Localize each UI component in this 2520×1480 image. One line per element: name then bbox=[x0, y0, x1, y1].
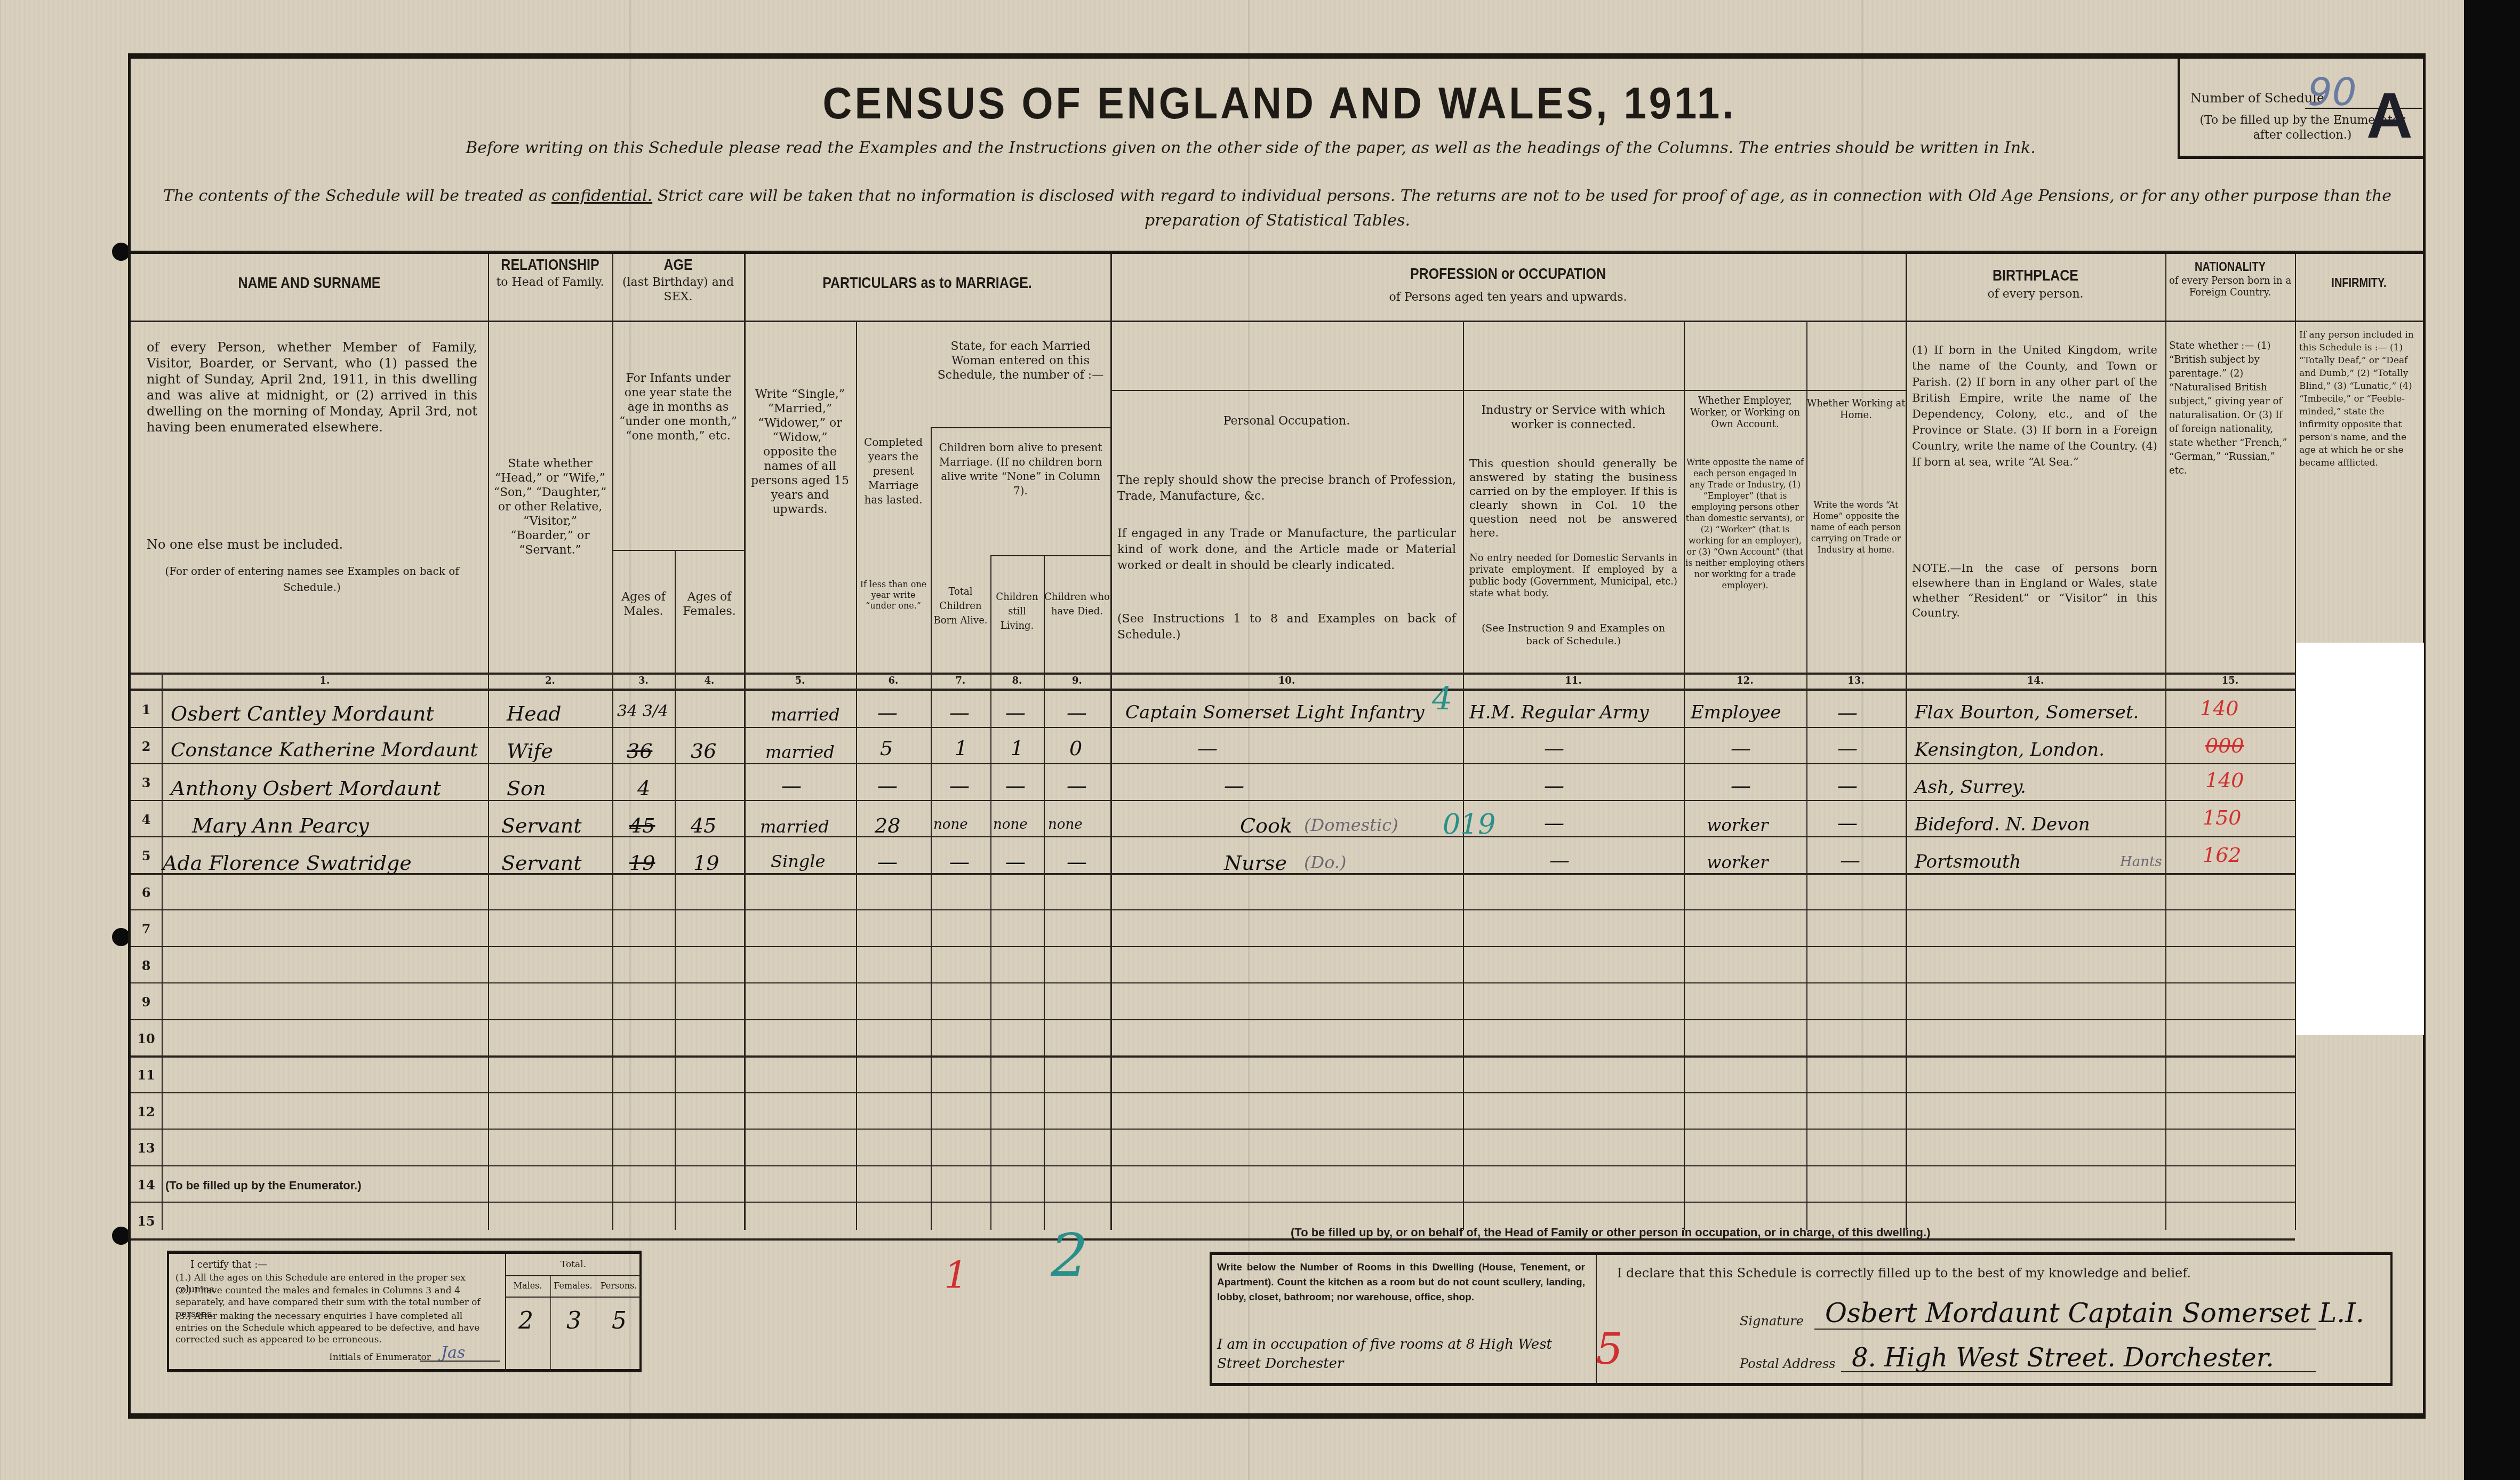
row-number: 9 bbox=[132, 994, 161, 1010]
annotation-green-col10: 4 bbox=[1432, 681, 1452, 718]
punch-hole bbox=[112, 1227, 130, 1245]
header-age: AGE bbox=[612, 257, 744, 274]
header-relationship-body: State whether “Head,” or “Wife,” “Son,” … bbox=[493, 457, 607, 557]
header-marriage-completed: Completed years the present Marriage has… bbox=[859, 435, 928, 507]
signature: Osbert Mordaunt Captain Somerset L.I. bbox=[1825, 1298, 2364, 1329]
cell-marriage: Single bbox=[771, 851, 825, 871]
annotation-red-mark: 1 bbox=[944, 1253, 968, 1297]
census-schedule-paper: CENSUS OF ENGLAND AND WALES, 1911. Befor… bbox=[0, 0, 2464, 1480]
cell-name: Mary Ann Pearcy bbox=[192, 814, 369, 837]
row-number: 8 bbox=[132, 958, 161, 973]
cell-marriage: married bbox=[771, 705, 840, 725]
row-number: 14 bbox=[132, 1177, 161, 1193]
row-number: 5 bbox=[132, 848, 161, 863]
cell-birthplace: Portsmouth bbox=[1915, 851, 2021, 873]
header-occupation: PROFESSION or OCCUPATION bbox=[1110, 266, 1906, 283]
header-still-living: Children still Living. bbox=[990, 590, 1044, 633]
cell-industry: H.M. Regular Army bbox=[1469, 702, 1649, 723]
row-number: 4 bbox=[132, 812, 161, 827]
row-number: 1 bbox=[132, 702, 161, 717]
header-age-males: Ages of Males. bbox=[612, 590, 675, 619]
total-males: 2 bbox=[518, 1307, 533, 1334]
household-table: NAME AND SURNAME of every Person, whethe… bbox=[131, 251, 2423, 1235]
header-died: Children who have Died. bbox=[1044, 590, 1110, 619]
redacted-infirmity-column bbox=[2296, 643, 2424, 1035]
header-relationship: RELATIONSHIP bbox=[488, 257, 612, 274]
header-at-home: Whether Working at Home. bbox=[1806, 398, 1906, 421]
cell-birthplace: Kensington, London. bbox=[1915, 739, 2105, 761]
intro-instructions: Before writing on this Schedule please r… bbox=[291, 139, 2211, 157]
declaration-text: I declare that this Schedule is correctl… bbox=[1617, 1266, 2191, 1281]
cell-name: Constance Katherine Mordaunt bbox=[171, 739, 478, 761]
punch-hole bbox=[112, 243, 130, 261]
header-marriage: PARTICULARS as to MARRIAGE. bbox=[744, 275, 1110, 292]
cell-relationship: Head bbox=[507, 702, 562, 725]
rooms-instruction: Write below the Number of Rooms in this … bbox=[1217, 1260, 1585, 1305]
cell-nationality-code: 000 bbox=[2205, 734, 2244, 757]
annotation-green-mark: 2 bbox=[1051, 1221, 1088, 1290]
row-number: 7 bbox=[132, 921, 161, 937]
header-age-body: For Infants under one year state the age… bbox=[618, 371, 739, 443]
header-name-note: No one else must be included. bbox=[147, 537, 477, 553]
form-frame: CENSUS OF ENGLAND AND WALES, 1911. Befor… bbox=[128, 53, 2426, 1419]
cell-age-female: 36 bbox=[691, 739, 716, 763]
cell-age-female: 45 bbox=[691, 814, 716, 837]
header-nationality-body: State whether :— (1) “British subject by… bbox=[2169, 339, 2292, 478]
cell-birthplace: Bideford. N. Devon bbox=[1915, 814, 2090, 835]
cell-nationality-code: 140 bbox=[2200, 697, 2239, 720]
row-number: 12 bbox=[132, 1104, 161, 1119]
cell-age-male: 36 bbox=[627, 739, 652, 763]
cell-employer: worker bbox=[1707, 852, 1769, 873]
schedule-number-box: Number of Schedule 90 (To be filled up b… bbox=[2178, 59, 2423, 159]
header-birthplace-body: (1) If born in the United Kingdom, write… bbox=[1912, 342, 2157, 470]
cell-marriage: married bbox=[760, 817, 829, 837]
header-name-body: of every Person, whether Member of Famil… bbox=[147, 339, 477, 435]
header-infirmity: INFIRMITY. bbox=[2295, 275, 2423, 292]
header-name: NAME AND SURNAME bbox=[131, 275, 488, 292]
cell-age-female: 19 bbox=[693, 851, 719, 875]
header-employer: Whether Employer, Worker, or Working on … bbox=[1684, 395, 1806, 430]
total-persons: 5 bbox=[612, 1307, 627, 1334]
enumerator-caption: (To be filled up by the Enumerator.) bbox=[165, 1179, 362, 1193]
header-birthplace: BIRTHPLACE bbox=[1906, 268, 2165, 284]
row-number: 2 bbox=[132, 739, 161, 754]
schedule-number-label: Number of Schedule bbox=[2190, 91, 2324, 106]
cell-name: Ada Florence Swatridge bbox=[163, 851, 412, 875]
head-of-family-caption: (To be filled up by, or on behalf of, th… bbox=[1291, 1226, 1930, 1239]
cell-age-male: 4 bbox=[637, 777, 650, 800]
cell-occupation: Captain Somerset Light Infantry bbox=[1125, 702, 1425, 723]
cell-relationship: Servant bbox=[501, 851, 582, 875]
rooms-answer: I am in occupation of five rooms at 8 Hi… bbox=[1217, 1335, 1585, 1373]
cell-relationship: Servant bbox=[501, 814, 582, 837]
cell-birthplace: Flax Bourton, Somerset. bbox=[1915, 702, 2139, 723]
header-total-born: Total Children Born Alive. bbox=[931, 585, 990, 628]
confidentiality-notice: The contents of the Schedule will be tre… bbox=[152, 184, 2403, 233]
punch-hole bbox=[112, 928, 130, 946]
header-industry: Industry or Service with which worker is… bbox=[1463, 403, 1684, 432]
cell-name: Anthony Osbert Mordaunt bbox=[171, 777, 441, 800]
row-number: 13 bbox=[132, 1140, 161, 1156]
cell-birthplace: Ash, Surrey. bbox=[1915, 777, 2026, 798]
cell-occupation: Cook bbox=[1240, 814, 1292, 837]
header-marriage-write: Write “Single,” “Married,” “Widower,” or… bbox=[749, 387, 851, 517]
header-age-females: Ages of Females. bbox=[675, 590, 744, 619]
annotation-red-rooms: 5 bbox=[1596, 1324, 1623, 1374]
cell-employer: Employee bbox=[1691, 702, 1781, 723]
cell-age-male: 19 bbox=[629, 851, 655, 875]
enumerator-certificate: I certify that :— (1.) All the ages on t… bbox=[167, 1251, 642, 1372]
cell-name: Osbert Cantley Mordaunt bbox=[171, 702, 434, 725]
cell-marriage: married bbox=[765, 742, 835, 762]
total-females: 3 bbox=[566, 1307, 581, 1334]
enumerator-initials: Jas bbox=[441, 1343, 465, 1362]
row-number: 15 bbox=[132, 1213, 161, 1229]
schedule-number: 90 bbox=[2308, 69, 2357, 114]
stamp-letter: A bbox=[2366, 79, 2413, 153]
header-nationality: NATIONALITY bbox=[2165, 259, 2295, 276]
declaration-box: Write below the Number of Rooms in this … bbox=[1210, 1252, 2393, 1386]
header-infirmity-body: If any person included in this Schedule … bbox=[2299, 329, 2419, 469]
cell-age-male: 45 bbox=[629, 814, 655, 837]
cell-occupation: Nurse bbox=[1224, 851, 1287, 875]
annotation-green-row4: 019 bbox=[1443, 809, 1495, 841]
header-personal-occupation: Personal Occupation. bbox=[1110, 414, 1463, 428]
header-name-order: (For order of entering names see Example… bbox=[141, 563, 483, 595]
row-number: 3 bbox=[132, 775, 161, 790]
row-number: 6 bbox=[132, 885, 161, 900]
cell-nationality-code: 150 bbox=[2203, 806, 2242, 829]
cell-employer: worker bbox=[1707, 815, 1769, 835]
cell-nationality-code: 140 bbox=[2205, 769, 2244, 792]
cell-relationship: Son bbox=[507, 777, 546, 800]
cell-relationship: Wife bbox=[507, 739, 553, 763]
row-number: 11 bbox=[132, 1067, 161, 1083]
cell-age-male: 34 3/4 bbox=[617, 702, 668, 721]
page-title: CENSUS OF ENGLAND AND WALES, 1911. bbox=[131, 78, 2428, 129]
cell-nationality-code: 162 bbox=[2203, 843, 2242, 867]
postal-address: 8. High West Street. Dorchester. bbox=[1852, 1343, 2274, 1373]
row-number: 10 bbox=[132, 1031, 161, 1046]
